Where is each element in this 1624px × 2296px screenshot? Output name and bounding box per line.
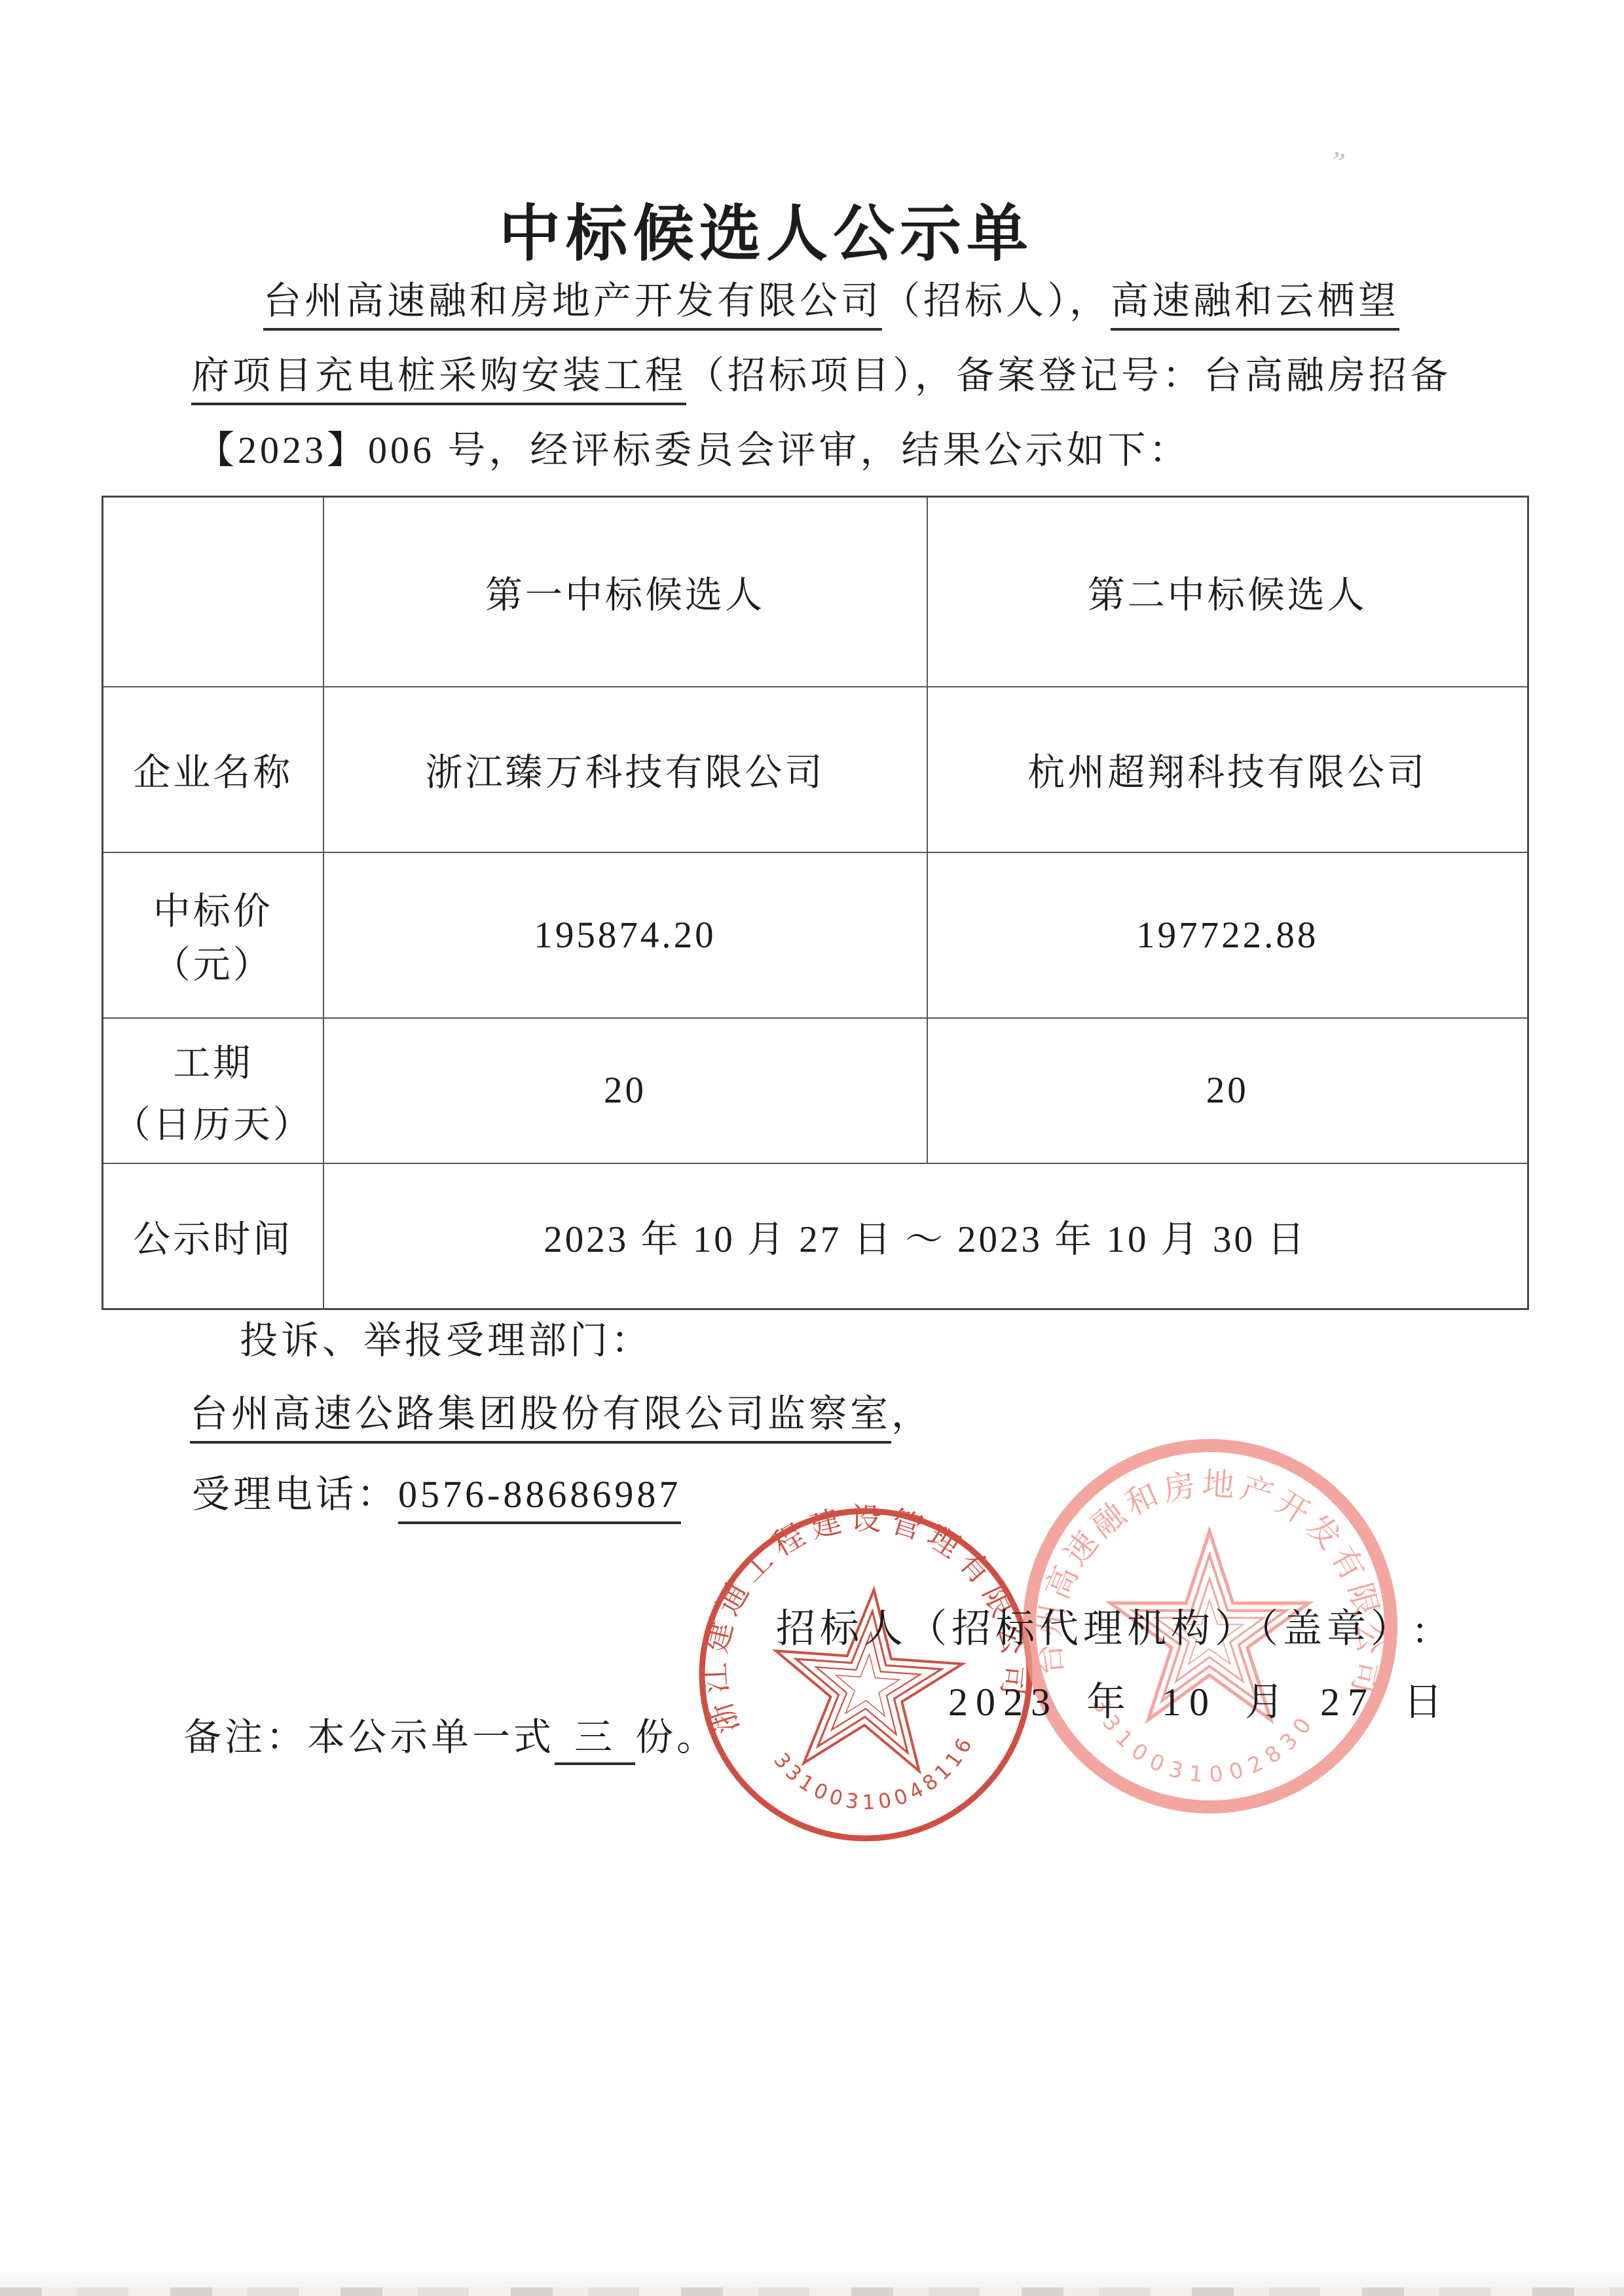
scan-speck: ˮ [1326, 144, 1348, 180]
table-row-publicity: 公示时间 2023 年 10 月 27 日 ～ 2023 年 10 月 30 日 [103, 1163, 1528, 1309]
phone-label: 受理电话： [192, 1473, 398, 1516]
page-title: 中标候选人公示单 [0, 184, 1532, 272]
scan-smudge-bar [0, 2287, 1624, 2296]
candidates-table: 第一中标候选人 第二中标候选人 企业名称 浙江臻万科技有限公司 杭州超翔科技有限… [101, 496, 1529, 1310]
bidder-name-underlined: 台州高速融和房地产开发有限公司 [263, 280, 882, 331]
price-first: 195874.20 [323, 852, 927, 1018]
intro-line-2: 府项目充电桩采购安装工程（招标项目），备案登记号：台高融房招备 [191, 352, 1451, 400]
duration-second: 20 [927, 1018, 1528, 1163]
bidder-role: （招标人）， [882, 280, 1111, 322]
price-row-label: 中标价（元） [103, 852, 323, 1018]
registration-text: （招标项目），备案登记号：台高融房招备 [686, 354, 1451, 397]
publicity-period: 2023 年 10 月 27 日 ～ 2023 年 10 月 30 日 [323, 1163, 1528, 1309]
header-first-candidate: 第一中标候选人 [323, 497, 927, 687]
table-row-price: 中标价（元） 195874.20 197722.88 [103, 852, 1528, 1018]
header-empty-cell [103, 497, 323, 687]
complaint-phone: 受理电话：0576-88686987 [192, 1471, 681, 1519]
publicity-row-label: 公示时间 [103, 1163, 323, 1309]
company-row-label: 企业名称 [103, 687, 323, 852]
complaint-heading: 投诉、举报受理部门： [240, 1317, 652, 1365]
company-first: 浙江臻万科技有限公司 [323, 687, 927, 852]
intro-line-3: 【2023】006 号，经评标委员会评审，结果公示如下： [196, 427, 1190, 475]
phone-number-underlined: 0576-88686987 [398, 1473, 681, 1524]
department-comma: ， [891, 1393, 932, 1435]
complaint-department: 台州高速公路集团股份有限公司监察室， [190, 1391, 932, 1438]
table-header-row: 第一中标候选人 第二中标候选人 [103, 497, 1528, 687]
note-prefix: 备注：本公示单一式 [183, 1716, 555, 1758]
company-second: 杭州超翔科技有限公司 [927, 687, 1528, 852]
duration-label-line1: 工期 [103, 1033, 323, 1087]
project-name-part2-underlined: 府项目充电桩采购安装工程 [191, 354, 686, 405]
scan-smudge-strip [0, 2270, 1624, 2296]
duration-first: 20 [323, 1018, 927, 1163]
header-second-candidate: 第二中标候选人 [927, 497, 1528, 687]
project-name-part1-underlined: 高速融和云栖望 [1111, 280, 1399, 331]
table-row-company: 企业名称 浙江臻万科技有限公司 杭州超翔科技有限公司 [103, 687, 1528, 852]
note-count-underlined: 三 [555, 1716, 635, 1765]
intro-line-1: 台州高速融和房地产开发有限公司（招标人），高速融和云栖望 [263, 278, 1399, 325]
table-row-duration: 工期 （日历天） 20 20 [103, 1018, 1528, 1163]
note-line: 备注：本公示单一式三份。 [183, 1714, 718, 1762]
scanned-document-page: ˮ 中标候选人公示单 台州高速融和房地产开发有限公司（招标人），高速融和云栖望 … [0, 0, 1624, 2296]
duration-label-line2: （日历天） [103, 1095, 323, 1148]
department-name-underlined: 台州高速公路集团股份有限公司监察室 [190, 1393, 891, 1444]
seal-caption: 招标人（招标代理机构）（盖章）: [776, 1597, 1430, 1654]
seal-date: 2023 年 10 月 27 日 [948, 1671, 1450, 1727]
duration-row-label: 工期 （日历天） [103, 1018, 323, 1163]
price-second: 197722.88 [927, 852, 1528, 1018]
